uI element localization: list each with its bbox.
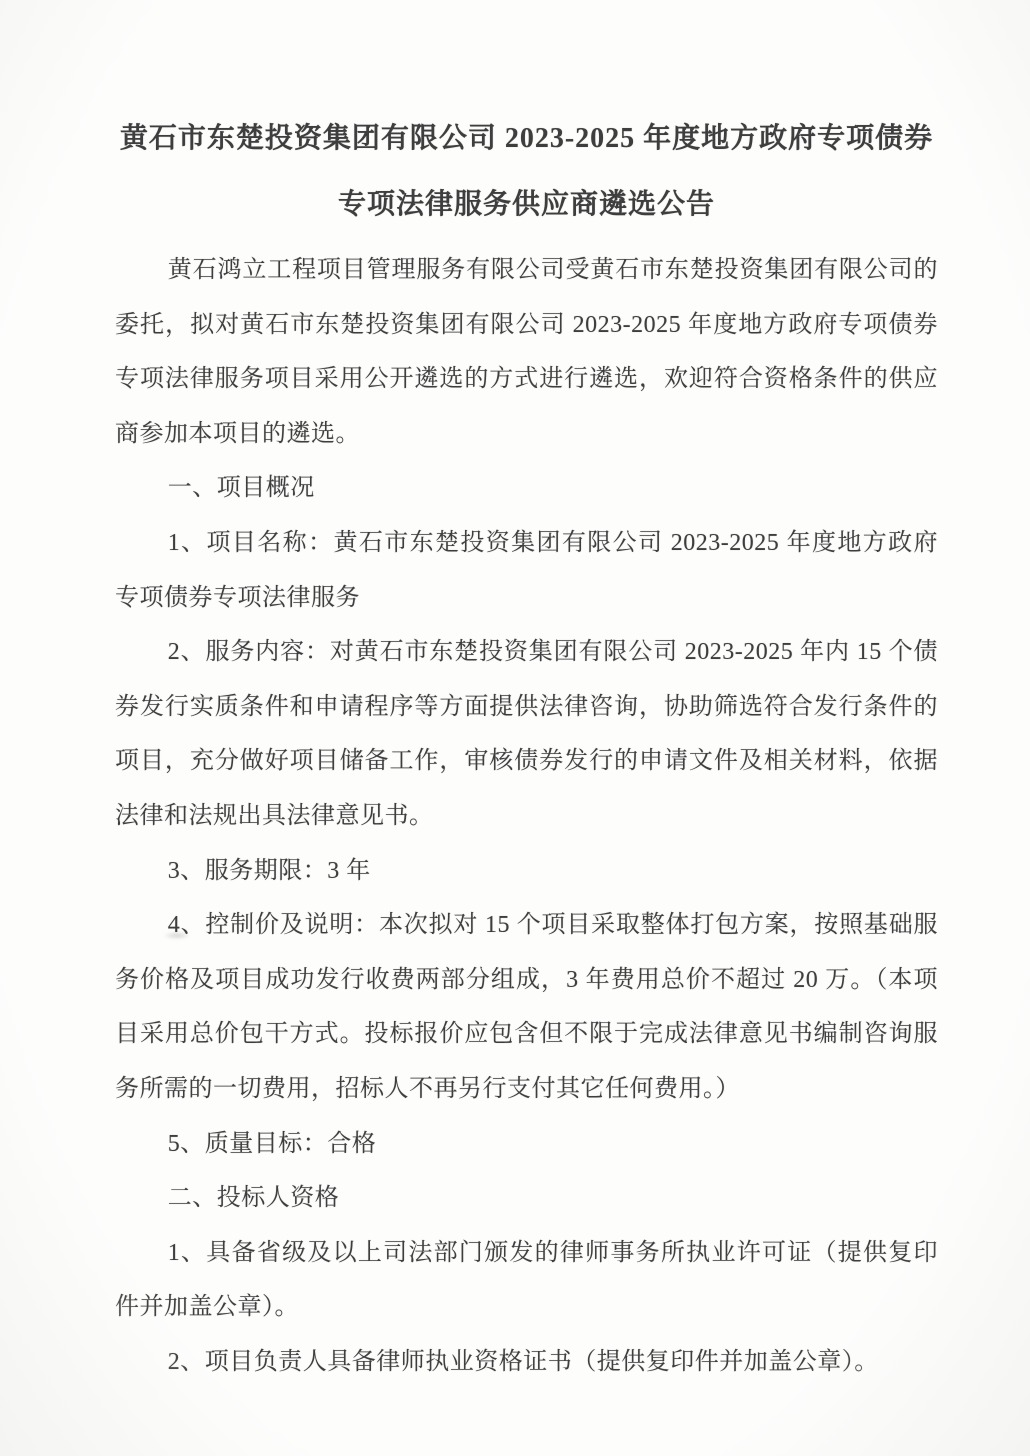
document-page: 黄石市东楚投资集团有限公司 2023-2025 年度地方政府专项债券 专项法律服… — [0, 0, 1030, 1456]
intro-paragraph: 黄石鸿立工程项目管理服务有限公司受黄石市东楚投资集团有限公司的委托，拟对黄石市东… — [115, 243, 938, 461]
item-project-name: 1、项目名称：黄石市东楚投资集团有限公司 2023-2025 年度地方政府专项债… — [115, 516, 938, 625]
qualification-item-2: 2、项目负责人具备律师执业资格证书（提供复印件并加盖公章）。 — [115, 1335, 938, 1390]
item-quality-target: 5、质量目标：合格 — [115, 1117, 938, 1172]
section-2-heading: 二、投标人资格 — [115, 1171, 938, 1226]
document-content: 黄石市东楚投资集团有限公司 2023-2025 年度地方政府专项债券 专项法律服… — [0, 0, 1030, 1389]
section-1-heading: 一、项目概况 — [115, 461, 938, 516]
title-line-2: 专项法律服务供应商遴选公告 — [115, 172, 938, 238]
item-price-control: 4、控制价及说明：本次拟对 15 个项目采取整体打包方案，按照基础服务价格及项目… — [115, 898, 938, 1116]
item-service-term: 3、服务期限：3 年 — [115, 844, 938, 899]
item-service-content: 2、服务内容：对黄石市东楚投资集团有限公司 2023-2025 年内 15 个债… — [115, 625, 938, 843]
document-body: 黄石鸿立工程项目管理服务有限公司受黄石市东楚投资集团有限公司的委托，拟对黄石市东… — [115, 243, 938, 1389]
qualification-item-1: 1、具备省级及以上司法部门颁发的律师事务所执业许可证（提供复印件并加盖公章）。 — [115, 1226, 938, 1335]
document-title: 黄石市东楚投资集团有限公司 2023-2025 年度地方政府专项债券 专项法律服… — [115, 0, 938, 238]
title-line-1: 黄石市东楚投资集团有限公司 2023-2025 年度地方政府专项债券 — [115, 106, 938, 172]
